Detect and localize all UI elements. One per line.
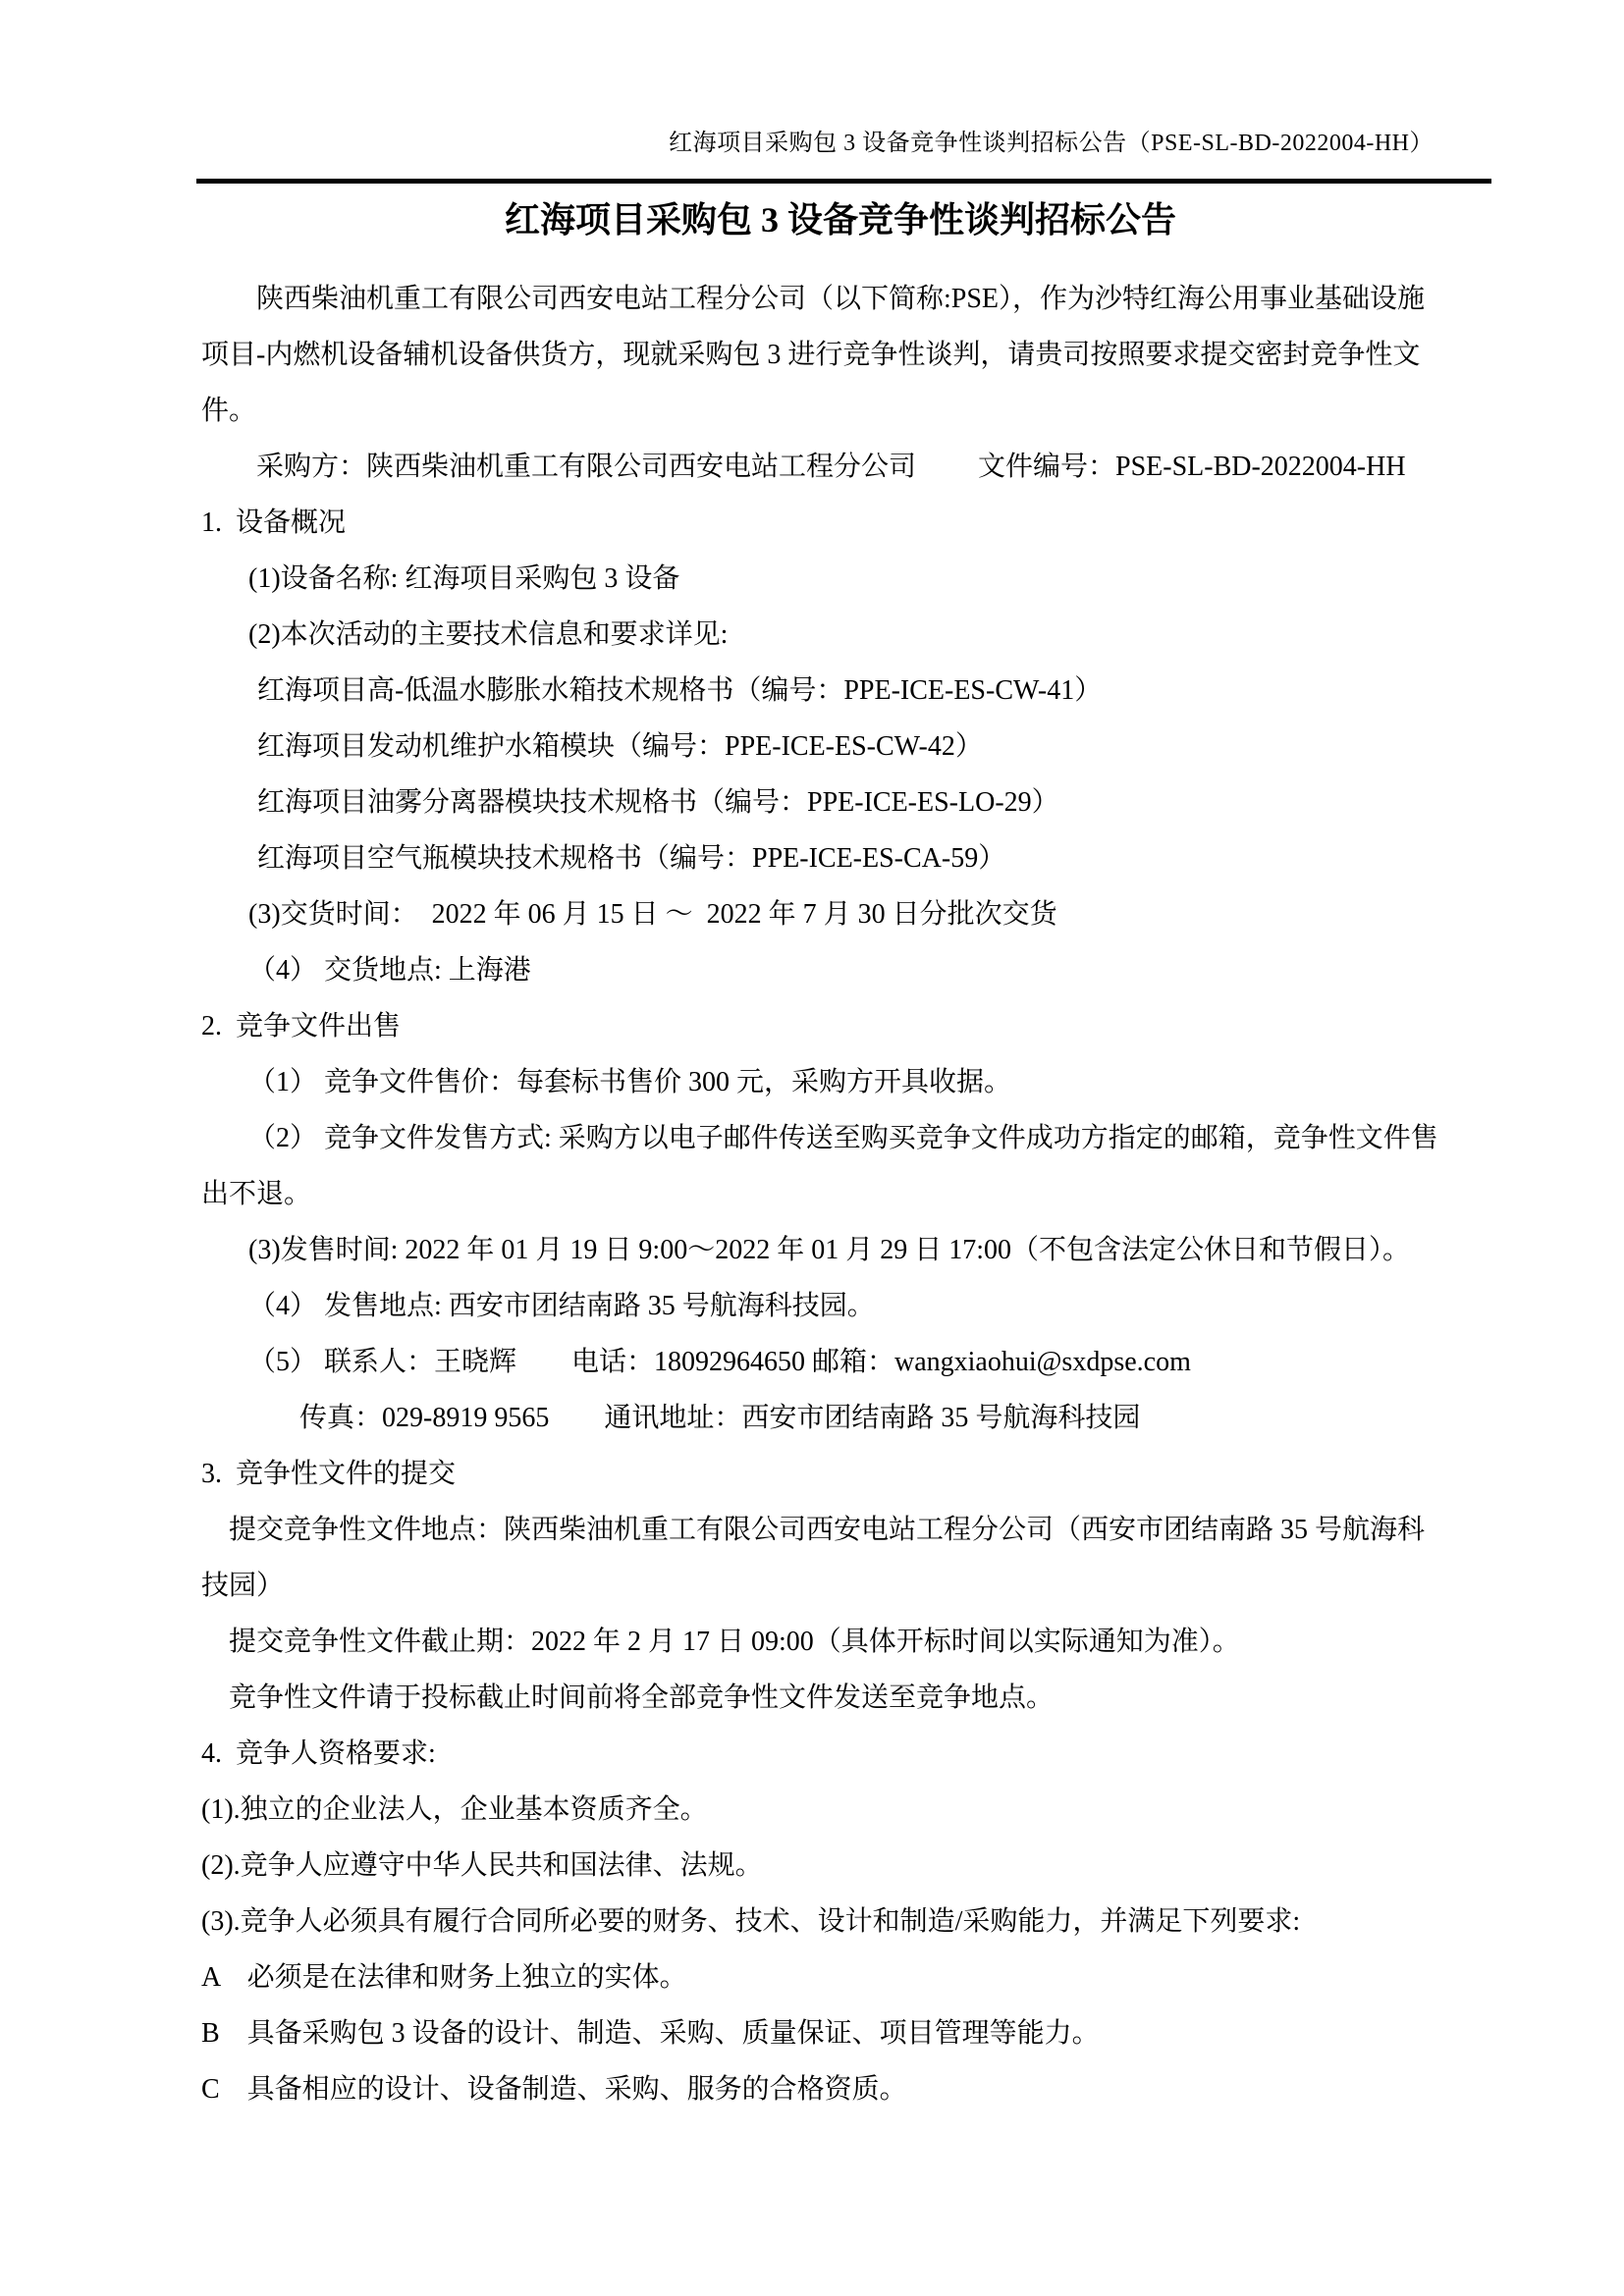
document-line: B 具备采购包 3 设备的设计、制造、采购、质量保证、项目管理等能力。 (201, 2005, 1480, 2061)
document-line: A 必须是在法律和财务上独立的实体。 (201, 1949, 1480, 2005)
document-line: 采购方：陕西柴油机重工有限公司西安电站工程分公司 文件编号：PSE-SL-BD-… (201, 439, 1480, 495)
document-line: (1).独立的企业法人，企业基本资质齐全。 (201, 1782, 1480, 1838)
document-line: 红海项目发动机维护水箱模块（编号：PPE-ICE-ES-CW-42） (201, 719, 1480, 774)
document-body: 陕西柴油机重工有限公司西安电站工程分公司（以下简称:PSE），作为沙特红海公用事… (201, 271, 1480, 2117)
document-line: 提交竞争性文件截止期：2022 年 2 月 17 日 09:00（具体开标时间以… (201, 1614, 1480, 1670)
document-line: (2).竞争人应遵守中华人民共和国法律、法规。 (201, 1838, 1480, 1894)
document-line: 红海项目高-低温水膨胀水箱技术规格书（编号：PPE-ICE-ES-CW-41） (201, 663, 1480, 719)
page-header-text: 红海项目采购包 3 设备竞争性谈判招标公告（PSE-SL-BD-2022004-… (201, 0, 1480, 158)
document-line: （4） 发售地点: 西安市团结南路 35 号航海科技园。 (201, 1278, 1480, 1334)
document-line: 技园） (201, 1558, 1480, 1614)
document-line: 出不退。 (201, 1166, 1480, 1222)
document-line: 3. 竞争性文件的提交 (201, 1446, 1480, 1502)
document-line: 4. 竞争人资格要求: (201, 1726, 1480, 1782)
document-line: 竞争性文件请于投标截止时间前将全部竞争性文件发送至竞争地点。 (201, 1670, 1480, 1726)
document-line: （4） 交货地点: 上海港 (201, 942, 1480, 998)
document-line: (1)设备名称: 红海项目采购包 3 设备 (201, 551, 1480, 607)
header-rule (196, 179, 1491, 184)
document-line: 提交竞争性文件地点：陕西柴油机重工有限公司西安电站工程分公司（西安市团结南路 3… (201, 1502, 1480, 1558)
document-title: 红海项目采购包 3 设备竞争性谈判招标公告 (201, 197, 1480, 242)
document-line: 红海项目空气瓶模块技术规格书（编号：PPE-ICE-ES-CA-59） (201, 830, 1480, 886)
document-line: 传真：029-8919 9565 通讯地址：西安市团结南路 35 号航海科技园 (201, 1390, 1480, 1446)
document-line: 陕西柴油机重工有限公司西安电站工程分公司（以下简称:PSE），作为沙特红海公用事… (201, 271, 1480, 327)
document-line: (3)交货时间： 2022 年 06 月 15 日 ～ 2022 年 7 月 3… (201, 886, 1480, 942)
document-line: 红海项目油雾分离器模块技术规格书（编号：PPE-ICE-ES-LO-29） (201, 774, 1480, 830)
document-line: 1. 设备概况 (201, 495, 1480, 551)
document-line: 项目-内燃机设备辅机设备供货方，现就采购包 3 进行竞争性谈判，请贵司按照要求提… (201, 327, 1480, 383)
document-page: 红海项目采购包 3 设备竞争性谈判招标公告（PSE-SL-BD-2022004-… (0, 0, 1624, 2296)
document-line: C 具备相应的设计、设备制造、采购、服务的合格资质。 (201, 2061, 1480, 2117)
document-line: (2)本次活动的主要技术信息和要求详见: (201, 607, 1480, 663)
document-line: 件。 (201, 383, 1480, 439)
document-line: (3).竞争人必须具有履行合同所必要的财务、技术、设计和制造/采购能力，并满足下… (201, 1894, 1480, 1949)
document-line: 2. 竞争文件出售 (201, 998, 1480, 1054)
document-line: (3)发售时间: 2022 年 01 月 19 日 9:00～2022 年 01… (201, 1222, 1480, 1278)
document-line: （5） 联系人：王晓辉 电话：18092964650 邮箱：wangxiaohu… (201, 1334, 1480, 1390)
document-line: （1） 竞争文件售价：每套标书售价 300 元，采购方开具收据。 (201, 1054, 1480, 1110)
document-line: （2） 竞争文件发售方式: 采购方以电子邮件传送至购买竞争文件成功方指定的邮箱，… (201, 1110, 1480, 1166)
